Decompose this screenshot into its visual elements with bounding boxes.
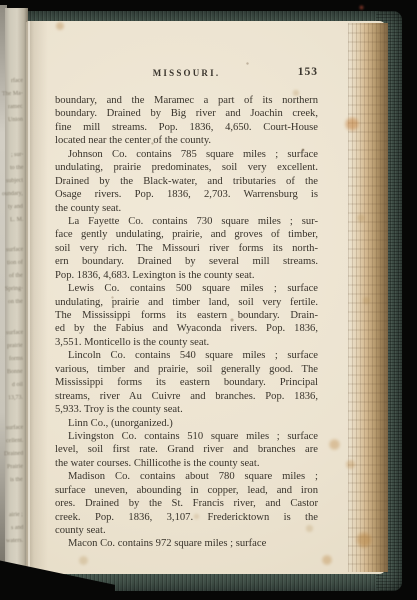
text-line: county seat. [55,524,318,537]
text-line: soil very rich. The Missouri river forms… [55,242,318,255]
gutter-text-fragment: oundary, [2,191,23,198]
text-line: undulating, prairie and timber land, soi… [55,296,318,309]
gutter-text-fragment: The Ma- [2,91,23,98]
gutter-text-fragment: ramec [8,104,23,111]
text-line: Macon Co. contains 972 square miles ; su… [55,537,318,550]
text-line: the county seat. [55,202,318,215]
text-line: 5,933. Troy is the county seat. [55,403,318,416]
text-line: ores. Drained by the St. Francis river, … [55,497,318,510]
gutter-text-fragment: Spring- [5,286,23,293]
page-header: MISSOURI. 153 [55,68,318,82]
gutter-text-fragment: tion of [7,260,23,267]
text-line: Livingston Co. contains 510 square miles… [55,430,318,443]
gutter-text-fragment: 13,73. [8,395,23,402]
foxing-stain [359,5,364,10]
gutter-text-fragment: subject [6,178,23,185]
gutter-text-fragment: surface [6,247,24,254]
gutter-text-fragment: s and [10,525,23,531]
text-line: Pop. 1836, 4,683. Lexington is the count… [55,269,318,282]
gutter-text-fragment: cellent. [5,438,23,445]
gutter-text-fragment: ty and [8,204,23,211]
gutter-text-fragment: surface [6,425,24,432]
gutter-text-fragment: forms [9,356,23,362]
text-line: level, soil first rate. Grand river and … [55,443,318,456]
text-line: The Mississippi forms its eastern bounda… [55,309,318,322]
text-line: surface uneven, abounding in copper, lea… [55,484,318,497]
fore-edge-texture [348,23,388,572]
gutter-text-fragment: on the [8,299,23,306]
gutter-text-fragment: surface [6,330,24,337]
text-line: various, timber and prairie, soil genera… [55,363,318,376]
text-line: undulating, prairie predominates, soil v… [55,161,318,174]
text-line: located near the center of the county. [55,134,318,147]
gutter-text-fragment: of the [9,273,23,279]
text-line: ed by the Fabius and Wyaconda rivers. Po… [55,322,318,335]
gutter-text-fragment: d oil [12,382,23,388]
text-line: Osage rivers. Pop. 1836, 2,703. Warrensb… [55,188,318,201]
page-number-label: 153 [298,66,318,78]
gutter-text-fragment: prairie [7,343,23,350]
text-line: Linn Co., (unorganized.) [55,417,318,430]
text-line: boundary, and the Maramec a part of its … [55,94,318,107]
gutter-text-fragment: ; sur- [11,152,24,158]
text-line: La Fayette Co. contains 730 square miles… [55,215,318,228]
gutter-text-fragment: to the [9,165,23,171]
gutter-text-fragment: is the [10,477,23,483]
text-line: Lewis Co. contains 500 square miles ; su… [55,282,318,295]
text-line: creek. Pop. 1836, 3,107. Fredericktown i… [55,511,318,524]
body-text: boundary, and the Maramec a part of its … [55,94,318,551]
text-line: Johnson Co. contains 785 square miles ; … [55,148,318,161]
text-line: Drained by the Black-water, and tributar… [55,175,318,188]
text-line: fine mill streams. Pop. 1836, 4,650. Cou… [55,121,318,134]
running-title: MISSOURI. [55,68,318,78]
facing-page-fragments: rfaceThe Ma-ramecUnion; sur-to thesubjec… [5,8,28,582]
gutter-text-fragment: airie ; [9,512,23,518]
gutter-text-fragment: L. M. [9,217,23,223]
text-line: streams, river Au Cuivre and branches. P… [55,390,318,403]
text-line: Mississippi forms its eastern boundary. … [55,376,318,389]
gutter-text-fragment: Union [8,117,23,124]
text-line: face gently undulating, prairie, and gro… [55,228,318,241]
text-line: 3,551. Monticello is the county seat. [55,336,318,349]
gutter-text-fragment: Drained [4,451,24,458]
gutter-text-fragment: Prairie [7,464,23,471]
text-line: boundary. Drained by Big river and Joach… [55,107,318,120]
text-line: ern boundary. Drained by several mill st… [55,255,318,268]
gutter-text-fragment: Bonne [7,369,23,376]
page-fore-edge [348,23,388,572]
text-line: Madison Co. contains about 780 square mi… [55,470,318,483]
book-photo: rfaceThe Ma-ramecUnion; sur-to thesubjec… [0,0,417,600]
gutter-text-fragment: rface [11,78,23,84]
text-line: Lincoln Co. contains 540 square miles ; … [55,349,318,362]
text-line: the water courses. Chillicothe is the co… [55,457,318,470]
gutter-text-fragment: waters. [6,538,23,545]
